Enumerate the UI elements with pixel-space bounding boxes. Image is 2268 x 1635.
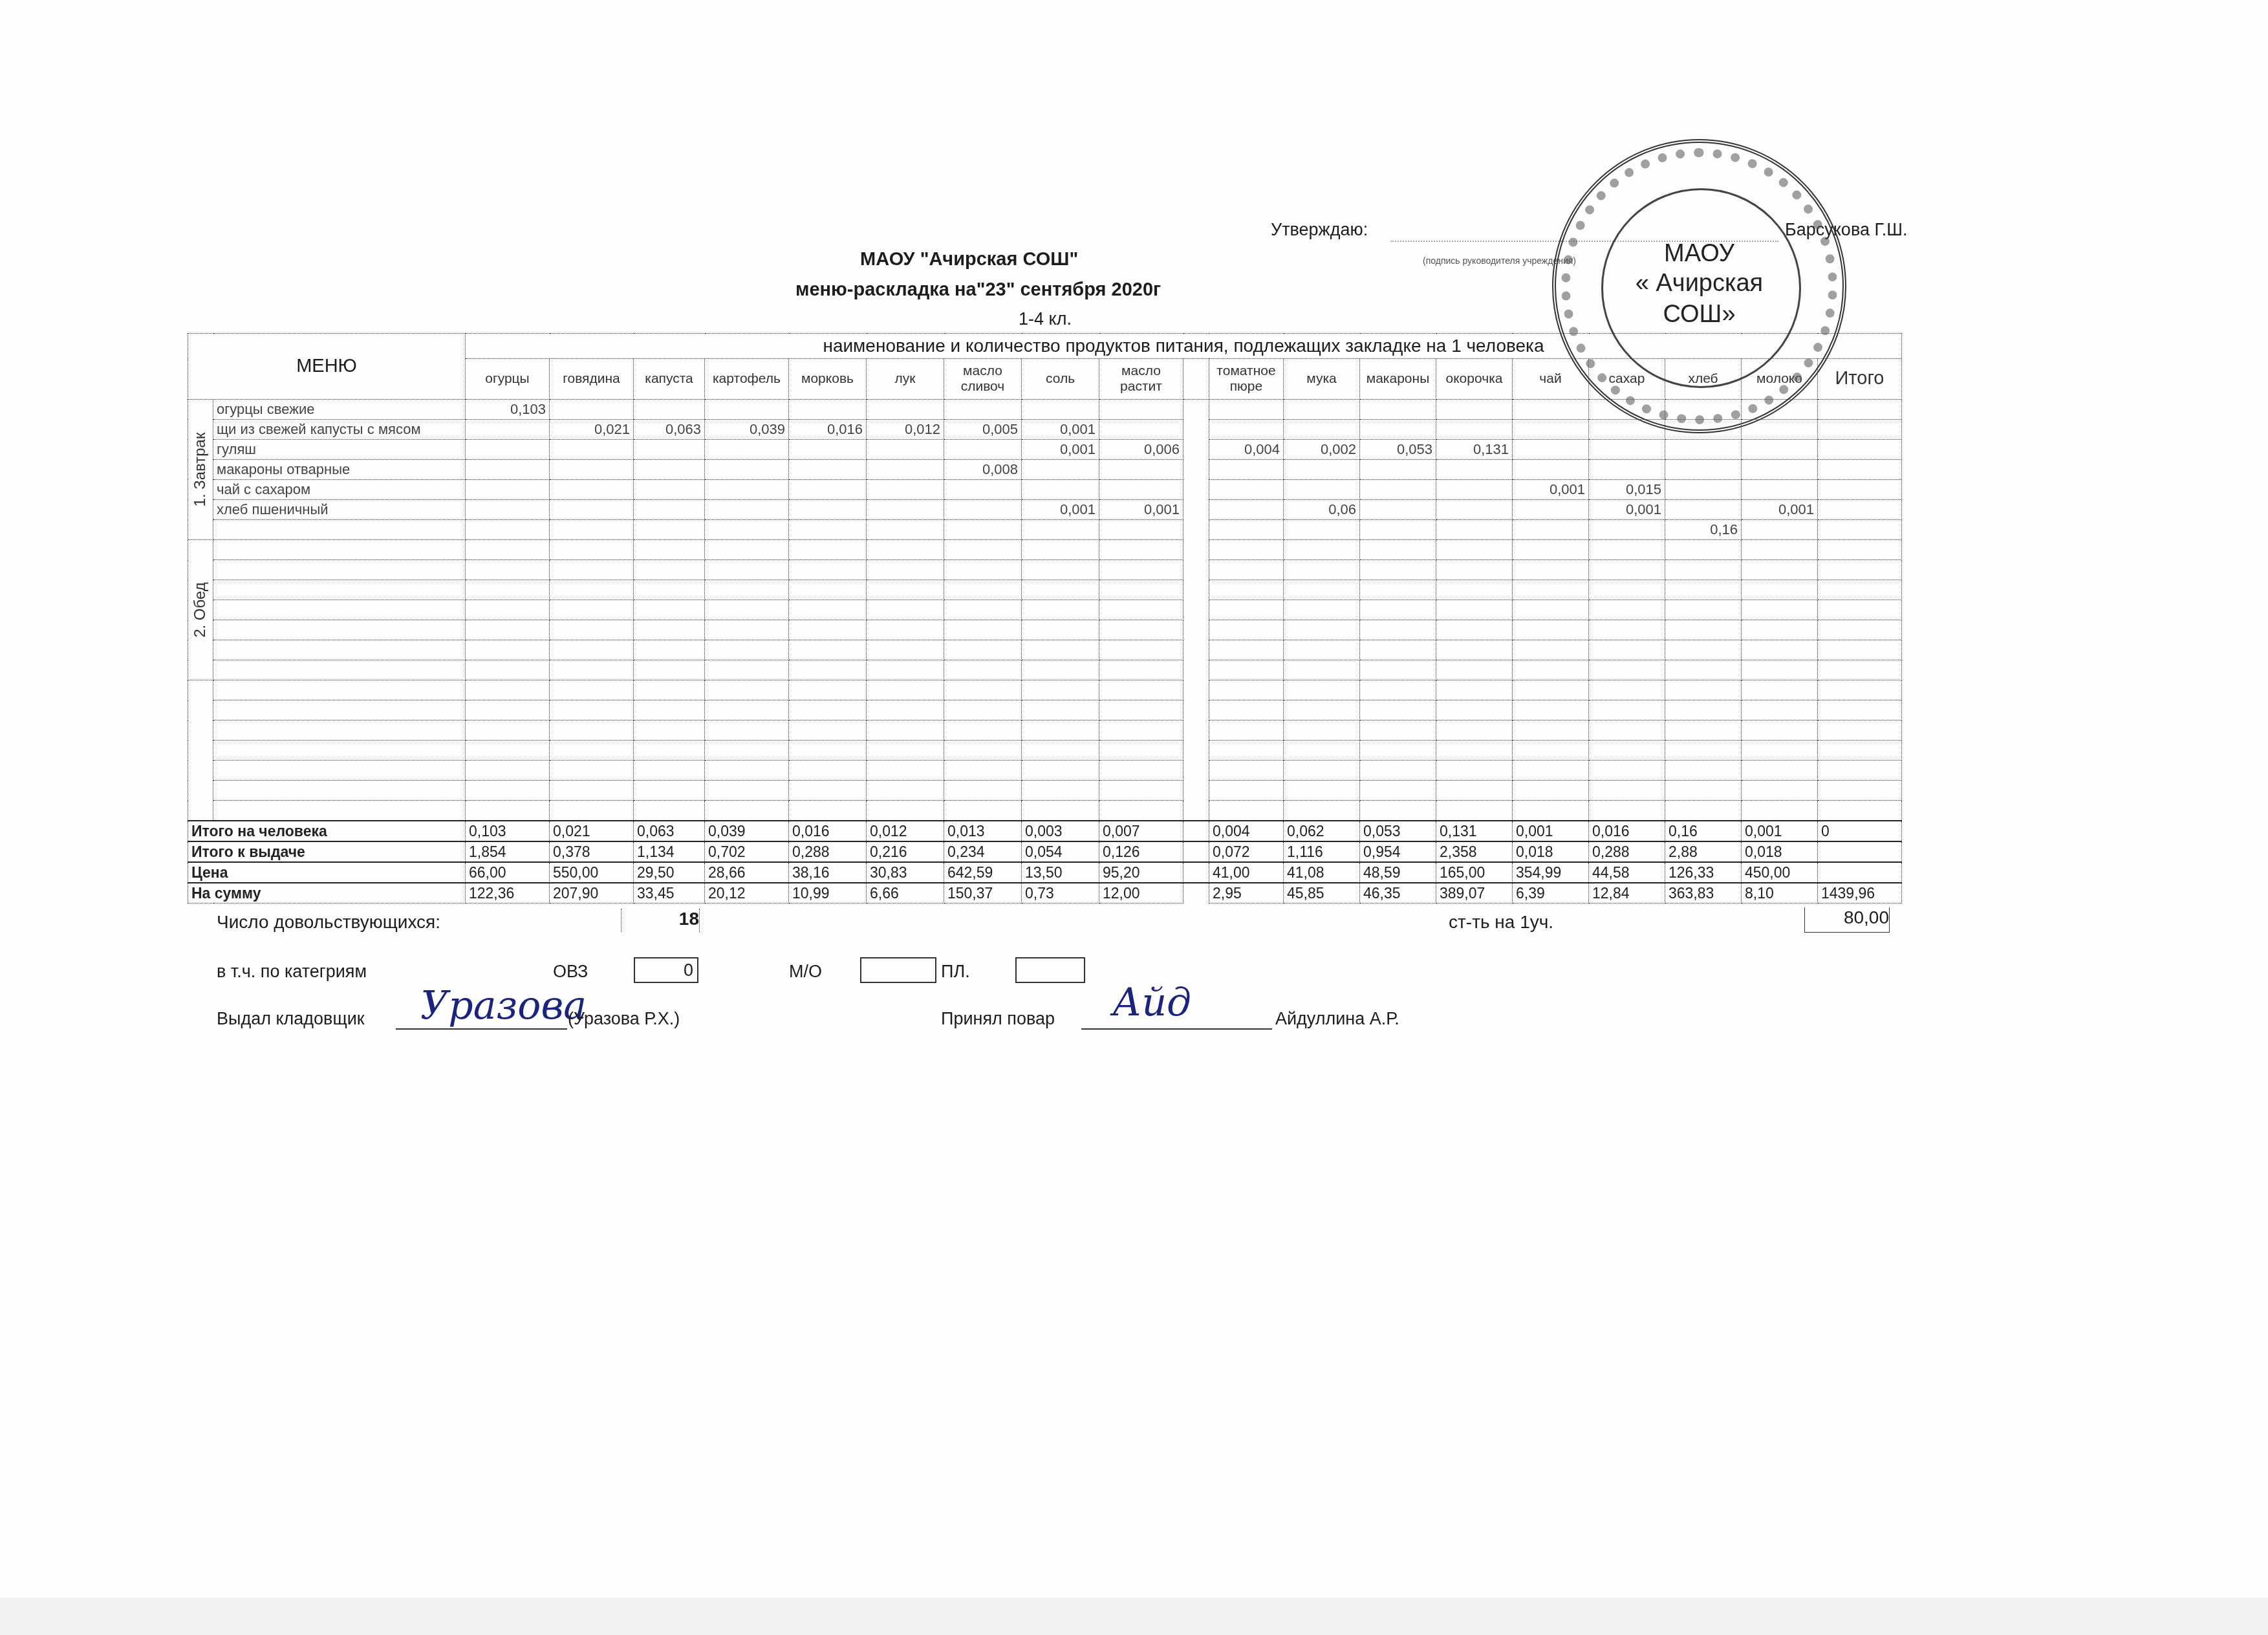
quantity-cell bbox=[634, 520, 705, 540]
quantity-cell bbox=[466, 680, 550, 700]
quantity-cell bbox=[550, 600, 634, 620]
quantity-cell bbox=[867, 440, 944, 460]
row-total bbox=[1818, 660, 1902, 680]
quantity-cell bbox=[789, 520, 867, 540]
quantity-cell bbox=[1360, 580, 1436, 600]
quantity-cell bbox=[634, 460, 705, 480]
scan-gap bbox=[1183, 520, 1209, 540]
quantity-cell: 642,59 bbox=[944, 862, 1022, 883]
quantity-cell: 0,021 bbox=[550, 821, 634, 841]
cook-signature: Айд bbox=[1112, 980, 1191, 1025]
quantity-cell bbox=[1513, 540, 1589, 560]
doc-title: меню-раскладка на"23" сентября 2020г bbox=[795, 279, 1161, 301]
quantity-cell bbox=[550, 720, 634, 741]
quantity-cell bbox=[1436, 700, 1513, 720]
quantity-cell bbox=[550, 460, 634, 480]
quantity-cell bbox=[944, 640, 1022, 660]
quantity-cell bbox=[634, 400, 705, 420]
quantity-cell: 0,007 bbox=[1099, 821, 1183, 841]
quantity-cell bbox=[1099, 680, 1183, 700]
quantity-cell: 44,58 bbox=[1589, 862, 1665, 883]
quantity-cell bbox=[705, 660, 789, 680]
quantity-cell: 0,053 bbox=[1360, 821, 1436, 841]
product-header: говядина bbox=[550, 359, 634, 400]
quantity-cell bbox=[1513, 781, 1589, 801]
storekeeper-signature: Уразова bbox=[420, 983, 587, 1028]
quantity-cell bbox=[1513, 720, 1589, 741]
quantity-cell: 66,00 bbox=[466, 862, 550, 883]
quantity-cell bbox=[1742, 600, 1818, 620]
product-header: масло сливоч bbox=[944, 359, 1022, 400]
quantity-cell bbox=[1209, 520, 1284, 540]
scan-gap bbox=[1183, 680, 1209, 700]
quantity-cell: 389,07 bbox=[1436, 883, 1513, 904]
quantity-cell: 29,50 bbox=[634, 862, 705, 883]
quantity-cell bbox=[944, 600, 1022, 620]
quantity-cell bbox=[944, 660, 1022, 680]
quantity-cell bbox=[1665, 801, 1742, 821]
quantity-cell: 0,001 bbox=[1513, 480, 1589, 500]
dish-name: хлеб пшеничный bbox=[213, 500, 466, 520]
totals-row: Итого к выдаче1,8540,3781,1340,7020,2880… bbox=[188, 841, 1902, 862]
quantity-cell bbox=[1022, 580, 1099, 600]
quantity-cell: 13,50 bbox=[1022, 862, 1099, 883]
quantity-cell bbox=[789, 540, 867, 560]
quantity-cell bbox=[466, 480, 550, 500]
quantity-cell bbox=[1513, 660, 1589, 680]
scan-gap bbox=[1183, 741, 1209, 761]
quantity-cell bbox=[1589, 620, 1665, 640]
quantity-cell: 363,83 bbox=[1665, 883, 1742, 904]
quantity-cell bbox=[634, 580, 705, 600]
quantity-cell: 0,063 bbox=[634, 821, 705, 841]
totals-sum bbox=[1818, 862, 1902, 883]
row-total bbox=[1818, 801, 1902, 821]
dish-name bbox=[213, 560, 466, 580]
quantity-cell bbox=[1436, 741, 1513, 761]
totals-sum bbox=[1818, 841, 1902, 862]
quantity-cell bbox=[1022, 680, 1099, 700]
quantity-cell: 126,33 bbox=[1665, 862, 1742, 883]
table-row: чай с сахаром0,0010,015 bbox=[188, 480, 1902, 500]
quantity-cell bbox=[789, 680, 867, 700]
quantity-cell: 0,002 bbox=[1284, 440, 1360, 460]
quantity-cell bbox=[1589, 600, 1665, 620]
quantity-cell: 2,358 bbox=[1436, 841, 1513, 862]
dish-name bbox=[213, 600, 466, 620]
quantity-cell: 0,054 bbox=[1022, 841, 1099, 862]
quantity-cell bbox=[1589, 520, 1665, 540]
quantity-cell: 28,66 bbox=[705, 862, 789, 883]
quantity-cell: 2,95 bbox=[1209, 883, 1284, 904]
dish-name bbox=[213, 580, 466, 600]
quantity-cell bbox=[1209, 741, 1284, 761]
quantity-cell bbox=[466, 500, 550, 520]
row-total bbox=[1818, 540, 1902, 560]
storekeeper-name: (Уразова Р.Х.) bbox=[568, 1009, 680, 1029]
quantity-cell: 0,001 bbox=[1022, 440, 1099, 460]
quantity-cell bbox=[1742, 520, 1818, 540]
quantity-cell bbox=[1665, 700, 1742, 720]
quantity-cell bbox=[789, 781, 867, 801]
quantity-cell bbox=[705, 640, 789, 660]
quantity-cell bbox=[1022, 620, 1099, 640]
quantity-cell: 165,00 bbox=[1436, 862, 1513, 883]
quantity-cell bbox=[466, 440, 550, 460]
quantity-cell bbox=[550, 480, 634, 500]
quantity-cell bbox=[1209, 420, 1284, 440]
quantity-cell bbox=[634, 720, 705, 741]
approve-label: Утверждаю: bbox=[1271, 220, 1368, 240]
quantity-cell bbox=[1360, 520, 1436, 540]
table-row bbox=[188, 640, 1902, 660]
quantity-cell bbox=[789, 720, 867, 741]
quantity-cell bbox=[1360, 500, 1436, 520]
section-label: 1. Завтрак bbox=[188, 400, 213, 540]
quantity-cell: 0,004 bbox=[1209, 440, 1284, 460]
quantity-cell bbox=[1209, 400, 1284, 420]
mo-field[interactable] bbox=[860, 957, 936, 983]
scan-gap bbox=[1183, 560, 1209, 580]
quantity-cell bbox=[1022, 540, 1099, 560]
quantity-cell bbox=[1099, 600, 1183, 620]
quantity-cell bbox=[789, 580, 867, 600]
quantity-cell: 1,134 bbox=[634, 841, 705, 862]
quantity-cell: 0,012 bbox=[867, 420, 944, 440]
product-header: картофель bbox=[705, 359, 789, 400]
quantity-cell bbox=[1284, 700, 1360, 720]
quantity-cell bbox=[550, 700, 634, 720]
section-title: 2. Обед bbox=[191, 582, 210, 638]
quantity-cell bbox=[1284, 540, 1360, 560]
quantity-cell bbox=[1436, 580, 1513, 600]
quantity-cell bbox=[1742, 640, 1818, 660]
row-total bbox=[1818, 720, 1902, 741]
table-row: хлеб пшеничный0,0010,0010,060,0010,001 bbox=[188, 500, 1902, 520]
totals-row: На сумму122,36207,9033,4520,1210,996,661… bbox=[188, 883, 1902, 904]
row-total bbox=[1818, 400, 1902, 420]
grade-label: 1-4 кл. bbox=[1019, 309, 1072, 329]
quantity-cell bbox=[944, 781, 1022, 801]
scan-gap bbox=[1183, 460, 1209, 480]
quantity-cell bbox=[1209, 480, 1284, 500]
quantity-cell bbox=[1742, 720, 1818, 741]
quantity-cell: 0,702 bbox=[705, 841, 789, 862]
quantity-cell bbox=[634, 480, 705, 500]
quantity-cell bbox=[1209, 781, 1284, 801]
quantity-cell bbox=[1742, 741, 1818, 761]
quantity-cell bbox=[1284, 580, 1360, 600]
dish-name bbox=[213, 620, 466, 640]
quantity-cell bbox=[1436, 640, 1513, 660]
quantity-cell bbox=[634, 540, 705, 560]
quantity-cell bbox=[1513, 460, 1589, 480]
quantity-cell bbox=[1436, 801, 1513, 821]
quantity-cell bbox=[1665, 640, 1742, 660]
quantity-cell: 0,378 bbox=[550, 841, 634, 862]
row-total bbox=[1818, 700, 1902, 720]
quantity-cell: 0,063 bbox=[634, 420, 705, 440]
quantity-cell: 0,16 bbox=[1665, 821, 1742, 841]
quantity-cell: 12,84 bbox=[1589, 883, 1665, 904]
quantity-cell bbox=[1436, 781, 1513, 801]
quantity-cell bbox=[1360, 600, 1436, 620]
quantity-cell bbox=[1209, 761, 1284, 781]
quantity-cell bbox=[789, 480, 867, 500]
quantity-cell: 0,018 bbox=[1513, 841, 1589, 862]
categories-label: в т.ч. по категриям bbox=[217, 962, 367, 982]
scan-gap bbox=[1183, 600, 1209, 620]
quantity-cell bbox=[944, 540, 1022, 560]
section-title: 1. Завтрак bbox=[191, 433, 210, 507]
row-total bbox=[1818, 640, 1902, 660]
quantity-cell: 0,012 bbox=[867, 821, 944, 841]
cook-name: Айдуллина А.Р. bbox=[1275, 1009, 1399, 1029]
quantity-cell: 0,013 bbox=[944, 821, 1022, 841]
totals-label: Итого на человека bbox=[188, 821, 466, 841]
quantity-cell: 0,001 bbox=[1022, 420, 1099, 440]
quantity-cell bbox=[867, 781, 944, 801]
quantity-cell bbox=[1665, 440, 1742, 460]
product-header: томатное пюре bbox=[1209, 359, 1284, 400]
quantity-cell: 0,954 bbox=[1360, 841, 1436, 862]
quantity-cell bbox=[789, 500, 867, 520]
quantity-cell: 41,08 bbox=[1284, 862, 1360, 883]
quantity-cell: 8,10 bbox=[1742, 883, 1818, 904]
quantity-cell: 12,00 bbox=[1099, 883, 1183, 904]
quantity-cell: 0,021 bbox=[550, 420, 634, 440]
quantity-cell bbox=[1742, 781, 1818, 801]
quantity-cell bbox=[1589, 560, 1665, 580]
quantity-cell bbox=[1209, 720, 1284, 741]
quantity-cell: 6,39 bbox=[1513, 883, 1589, 904]
table-row: 2. Обед bbox=[188, 540, 1902, 560]
quantity-cell: 0,072 bbox=[1209, 841, 1284, 862]
scan-gap bbox=[1183, 841, 1209, 862]
quantity-cell bbox=[1436, 540, 1513, 560]
scan-gap bbox=[1183, 580, 1209, 600]
quantity-cell: 0,131 bbox=[1436, 821, 1513, 841]
total-header: Итого bbox=[1818, 359, 1902, 400]
quantity-cell bbox=[1360, 480, 1436, 500]
quantity-cell bbox=[705, 500, 789, 520]
row-total bbox=[1818, 781, 1902, 801]
quantity-cell bbox=[1099, 700, 1183, 720]
quantity-cell bbox=[1589, 660, 1665, 680]
quantity-cell bbox=[550, 500, 634, 520]
totals-sum: 1439,96 bbox=[1818, 883, 1902, 904]
quantity-cell: 0,005 bbox=[944, 420, 1022, 440]
quantity-cell: 45,85 bbox=[1284, 883, 1360, 904]
row-total bbox=[1818, 560, 1902, 580]
quantity-cell: 6,66 bbox=[867, 883, 944, 904]
scan-gap bbox=[1183, 660, 1209, 680]
quantity-cell bbox=[1665, 460, 1742, 480]
table-row bbox=[188, 580, 1902, 600]
menu-header: МЕНЮ bbox=[188, 334, 466, 400]
pl-field[interactable] bbox=[1015, 957, 1085, 983]
row-total bbox=[1818, 520, 1902, 540]
quantity-cell bbox=[1022, 560, 1099, 580]
quantity-cell: 0,001 bbox=[1513, 821, 1589, 841]
quantity-cell bbox=[705, 741, 789, 761]
received-signature-line bbox=[1081, 1028, 1272, 1030]
quantity-cell bbox=[466, 420, 550, 440]
quantity-cell: 95,20 bbox=[1099, 862, 1183, 883]
quantity-cell bbox=[789, 440, 867, 460]
quantity-cell bbox=[1209, 460, 1284, 480]
quantity-cell: 0,062 bbox=[1284, 821, 1360, 841]
totals-sum: 0 bbox=[1818, 821, 1902, 841]
quantity-cell bbox=[705, 460, 789, 480]
quantity-cell bbox=[1589, 540, 1665, 560]
quantity-cell bbox=[1436, 720, 1513, 741]
product-header: мука bbox=[1284, 359, 1360, 400]
quantity-cell bbox=[1209, 600, 1284, 620]
quantity-cell: 0,001 bbox=[1022, 500, 1099, 520]
quantity-cell bbox=[705, 440, 789, 460]
quantity-cell bbox=[1099, 520, 1183, 540]
row-total bbox=[1818, 440, 1902, 460]
quantity-cell bbox=[1360, 781, 1436, 801]
school-stamp: МАОУ « Ачирская СОШ» bbox=[1552, 139, 1846, 433]
quantity-cell bbox=[1436, 761, 1513, 781]
product-header: огурцы bbox=[466, 359, 550, 400]
dish-name bbox=[213, 540, 466, 560]
table-row: 0,16 bbox=[188, 520, 1902, 540]
quantity-cell: 0,001 bbox=[1589, 500, 1665, 520]
quantity-cell: 33,45 bbox=[634, 883, 705, 904]
quantity-cell bbox=[1209, 560, 1284, 580]
quantity-cell bbox=[1099, 720, 1183, 741]
section-label bbox=[188, 680, 213, 821]
quantity-cell: 0,001 bbox=[1742, 500, 1818, 520]
quantity-cell bbox=[1742, 580, 1818, 600]
quantity-cell bbox=[1209, 540, 1284, 560]
quantity-cell bbox=[1022, 741, 1099, 761]
scan-gap bbox=[1183, 720, 1209, 741]
quantity-cell bbox=[1284, 420, 1360, 440]
quantity-cell bbox=[867, 520, 944, 540]
quantity-cell bbox=[867, 580, 944, 600]
quantity-cell bbox=[466, 580, 550, 600]
product-header: окорочка bbox=[1436, 359, 1513, 400]
quantity-cell bbox=[1513, 420, 1589, 440]
quantity-cell bbox=[466, 781, 550, 801]
quantity-cell bbox=[634, 801, 705, 821]
quantity-cell bbox=[550, 620, 634, 640]
quantity-cell bbox=[1742, 761, 1818, 781]
quantity-cell: 450,00 bbox=[1742, 862, 1818, 883]
quantity-cell bbox=[1022, 460, 1099, 480]
quantity-cell bbox=[1099, 801, 1183, 821]
totals-label: Итого к выдаче bbox=[188, 841, 466, 862]
quantity-cell bbox=[550, 680, 634, 700]
quantity-cell bbox=[1436, 660, 1513, 680]
dish-name bbox=[213, 741, 466, 761]
quantity-cell bbox=[550, 781, 634, 801]
table-row bbox=[188, 781, 1902, 801]
cost-per-student-value: 80,00 bbox=[1804, 907, 1890, 933]
quantity-cell bbox=[1022, 480, 1099, 500]
quantity-cell bbox=[550, 440, 634, 460]
quantity-cell bbox=[1589, 761, 1665, 781]
quantity-cell bbox=[1022, 781, 1099, 801]
scan-bottom-edge bbox=[0, 1597, 2268, 1635]
quantity-cell bbox=[705, 761, 789, 781]
quantity-cell bbox=[789, 460, 867, 480]
issued-by-label: Выдал кладовщик bbox=[217, 1009, 365, 1029]
dish-name bbox=[213, 660, 466, 680]
quantity-cell bbox=[1436, 600, 1513, 620]
scan-gap bbox=[1183, 761, 1209, 781]
quantity-cell bbox=[1099, 741, 1183, 761]
quantity-cell bbox=[1589, 680, 1665, 700]
quantity-cell bbox=[1742, 660, 1818, 680]
quantity-cell: 46,35 bbox=[1360, 883, 1436, 904]
quantity-cell bbox=[1589, 460, 1665, 480]
quantity-cell bbox=[466, 520, 550, 540]
quantity-cell bbox=[466, 761, 550, 781]
table-row bbox=[188, 801, 1902, 821]
quantity-cell bbox=[1360, 560, 1436, 580]
quantity-cell: 0,008 bbox=[944, 460, 1022, 480]
quantity-cell bbox=[705, 781, 789, 801]
quantity-cell bbox=[1284, 801, 1360, 821]
quantity-cell bbox=[466, 660, 550, 680]
quantity-cell bbox=[1284, 460, 1360, 480]
quantity-cell bbox=[867, 741, 944, 761]
quantity-cell bbox=[1665, 480, 1742, 500]
scan-gap bbox=[1183, 862, 1209, 883]
quantity-cell bbox=[550, 400, 634, 420]
quantity-cell bbox=[789, 801, 867, 821]
scan-gap bbox=[1183, 500, 1209, 520]
quantity-cell bbox=[1284, 620, 1360, 640]
quantity-cell bbox=[1513, 620, 1589, 640]
quantity-cell bbox=[1099, 560, 1183, 580]
quantity-cell bbox=[705, 700, 789, 720]
quantity-cell bbox=[867, 540, 944, 560]
quantity-cell bbox=[1665, 560, 1742, 580]
dish-name bbox=[213, 680, 466, 700]
quantity-cell bbox=[705, 540, 789, 560]
cost-per-student-label: ст-ть на 1уч. bbox=[1449, 912, 1553, 933]
table-row bbox=[188, 660, 1902, 680]
count-label: Число довольствующихся: bbox=[217, 912, 440, 933]
quantity-cell: 122,36 bbox=[466, 883, 550, 904]
quantity-cell bbox=[1284, 761, 1360, 781]
quantity-cell bbox=[944, 620, 1022, 640]
quantity-cell: 0,234 bbox=[944, 841, 1022, 862]
quantity-cell bbox=[789, 660, 867, 680]
quantity-cell bbox=[550, 580, 634, 600]
quantity-cell: 0,039 bbox=[705, 821, 789, 841]
quantity-cell bbox=[634, 660, 705, 680]
quantity-cell bbox=[1209, 680, 1284, 700]
quantity-cell: 0,103 bbox=[466, 400, 550, 420]
dish-name bbox=[213, 520, 466, 540]
quantity-cell bbox=[1099, 640, 1183, 660]
quantity-cell bbox=[1589, 440, 1665, 460]
product-header: морковь bbox=[789, 359, 867, 400]
quantity-cell bbox=[1360, 420, 1436, 440]
quantity-cell bbox=[867, 720, 944, 741]
ovz-field[interactable]: 0 bbox=[634, 957, 698, 983]
quantity-cell bbox=[1665, 600, 1742, 620]
table-row bbox=[188, 720, 1902, 741]
quantity-cell bbox=[789, 600, 867, 620]
